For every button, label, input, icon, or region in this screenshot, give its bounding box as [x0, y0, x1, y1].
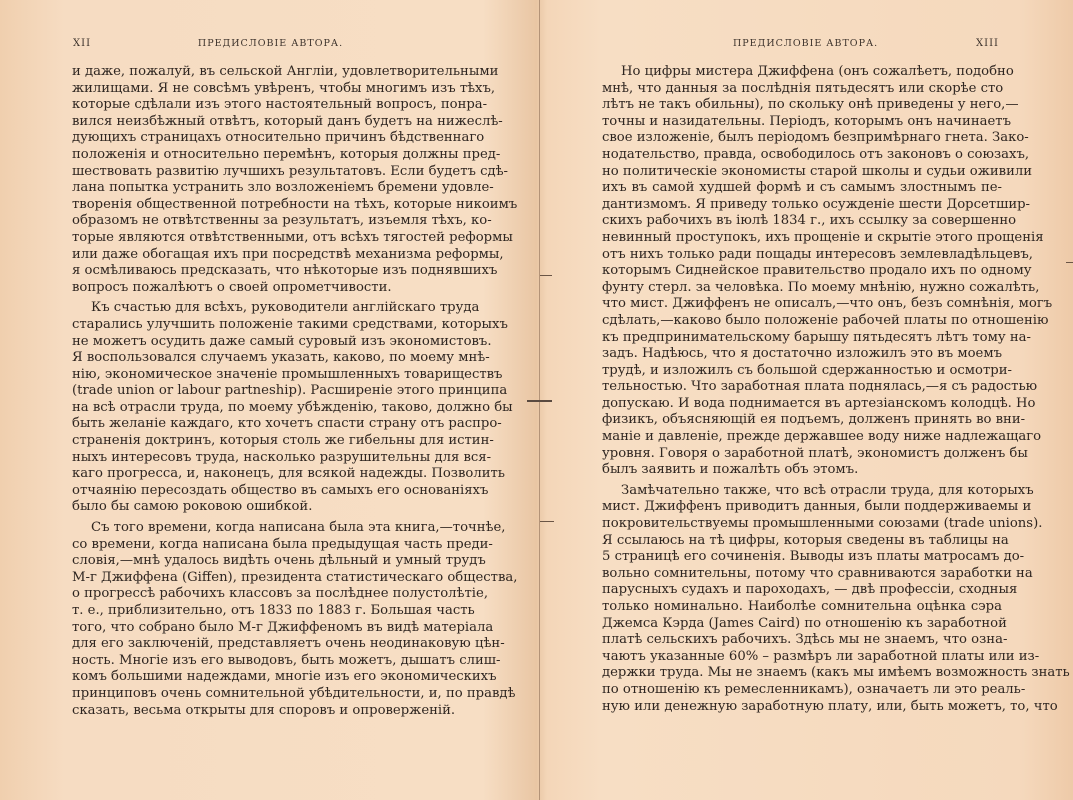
text-line: вился неизбѣжный отвѣтъ, который данъ бу…	[72, 114, 468, 131]
text-line: каго прогресса, и, наконецъ, для всякой …	[72, 466, 468, 483]
left-running-title: ПРЕДИСЛОВІЕ АВТОРА.	[198, 38, 343, 49]
text-line: маніе и давленіе, прежде державшее воду …	[602, 429, 1002, 446]
text-line: отчаянію пересоздать общество въ самыхъ …	[72, 483, 468, 500]
text-line: дантизмомъ. Я приведу только осужденіе ш…	[602, 197, 1002, 214]
left-page-number: XII	[73, 38, 91, 49]
right-page-number: XIII	[976, 38, 999, 49]
text-line: лѣтъ не такъ обильны), по скольку онѣ пр…	[602, 97, 1002, 114]
margin-tick-mark	[540, 521, 554, 522]
text-line: быть желаніе каждаго, кто хочетъ спасти …	[72, 416, 468, 433]
text-line: задъ. Надѣюсь, что я достаточно изложилъ…	[602, 346, 1002, 363]
text-line: я осмѣливаюсь предсказать, что нѣкоторые…	[72, 263, 468, 280]
text-line: но политическіе экономисты старой школы …	[602, 164, 1002, 181]
text-line: жилищами. Я не совсѣмъ увѣренъ, чтобы мн…	[72, 81, 468, 98]
text-line: чаютъ указанные 60% – размѣръ ли заработ…	[602, 649, 1002, 666]
text-line: трудѣ, и изложилъ съ большой сдержанност…	[602, 363, 1002, 380]
paragraph: Съ того времени, когда написана была эта…	[72, 520, 468, 719]
text-line: М-г Джиффена (Giffen), президента статис…	[72, 570, 468, 587]
text-line: былъ заявить и пожалѣть объ этомъ.	[602, 462, 1002, 479]
right-page-body: Но цифры мистера Джиффена (онъ сожалѣетъ…	[602, 64, 1002, 715]
text-line: Джемса Кэрда (James Caird) по отношенію …	[602, 616, 1002, 633]
text-line: положенія и относительно перемѣнъ, котор…	[72, 147, 468, 164]
text-line: образомъ не отвѣтственны за результатъ, …	[72, 213, 468, 230]
text-line: покровительствуемы промышленными союзами…	[602, 516, 1002, 533]
paragraph: и даже, пожалуй, въ сельской Англіи, удо…	[72, 64, 468, 296]
text-line: комъ большими надеждами, многіе изъ его …	[72, 669, 468, 686]
text-line: принциповъ очень сомнительной убѣдительн…	[72, 686, 468, 703]
text-line: не можетъ осудить даже самый суровый изъ…	[72, 334, 468, 351]
margin-tick-mark	[1066, 262, 1073, 263]
right-running-head: ПРЕДИСЛОВІЕ АВТОРА. XIII	[733, 38, 999, 49]
text-line: (trade union or labour partneship). Расш…	[72, 383, 468, 400]
text-line: о прогрессѣ рабочихъ классовъ за послѣдн…	[72, 586, 468, 603]
text-line: тельностью. Что заработная плата подняла…	[602, 379, 1002, 396]
text-line: допускаю. И вода поднимается въ артезіан…	[602, 396, 1002, 413]
text-line: торые являются отвѣтственными, отъ всѣхъ…	[72, 230, 468, 247]
text-line: творенія общественной потребности на тѣх…	[72, 197, 468, 214]
text-line: или даже обогащая ихъ при посредствѣ мех…	[72, 247, 468, 264]
text-line: старались улучшить положеніе такими сред…	[72, 317, 468, 334]
text-line: нію, экономическое значеніе промышленных…	[72, 367, 468, 384]
text-line: Съ того времени, когда написана была эта…	[72, 520, 468, 537]
text-line: мнѣ, что данныя за послѣднія пятьдесятъ …	[602, 81, 1002, 98]
text-line: которымъ Сиднейское правительство продал…	[602, 263, 1002, 280]
text-line: фунту стерл. за человѣка. По моему мнѣні…	[602, 280, 1002, 297]
margin-tick-mark	[540, 275, 552, 276]
text-line: для его заключеній, представляетъ очень …	[72, 636, 468, 653]
text-line: Замѣчательно также, что всѣ отрасли труд…	[602, 483, 1002, 500]
text-line: со времени, когда написана была предыдущ…	[72, 537, 468, 554]
text-line: что мист. Джиффенъ не описалъ,—что онъ, …	[602, 296, 1002, 313]
text-line: физикъ, объясняющій ея подъемъ, долженъ …	[602, 412, 1002, 429]
paragraph: Къ счастью для всѣхъ, руководители англі…	[72, 300, 468, 516]
text-line: Я ссылаюсь на тѣ цифры, которыя сведены …	[602, 533, 1002, 550]
paragraph: Но цифры мистера Джиффена (онъ сожалѣетъ…	[602, 64, 1002, 479]
text-line: того, что собрано было М-г Джиффеномъ въ…	[72, 620, 468, 637]
text-line: страненія доктринъ, которыя столь же гиб…	[72, 433, 468, 450]
text-line: словія,—мнѣ удалось видѣть очень дѣльный…	[72, 553, 468, 570]
text-line: вопросъ пожалѣютъ о своей опрометчивости…	[72, 280, 468, 297]
text-line: скихъ рабочихъ въ іюлѣ 1834 г., ихъ ссыл…	[602, 213, 1002, 230]
text-line: т. е., приблизительно, отъ 1833 по 1883 …	[72, 603, 468, 620]
text-line: парусныхъ судахъ и пароходахъ, — двѣ про…	[602, 582, 1002, 599]
text-line: Но цифры мистера Джиффена (онъ сожалѣетъ…	[602, 64, 1002, 81]
text-line: вольно сомнительны, потому что сравниваю…	[602, 566, 1002, 583]
gutter-stitch-mark	[527, 400, 552, 402]
text-line: ность. Многіе изъ его выводовъ, быть мож…	[72, 653, 468, 670]
right-page: ПРЕДИСЛОВІЕ АВТОРА. XIII Но цифры мистер…	[540, 0, 1073, 800]
left-page-body: и даже, пожалуй, въ сельской Англіи, удо…	[72, 64, 468, 719]
paragraph: Замѣчательно также, что всѣ отрасли труд…	[602, 483, 1002, 715]
book-spread: XII ПРЕДИСЛОВІЕ АВТОРА. и даже, пожалуй,…	[0, 0, 1073, 800]
text-line: по отношенію къ ремесленникамъ), означае…	[602, 682, 1002, 699]
text-line: Къ счастью для всѣхъ, руководители англі…	[72, 300, 468, 317]
text-line: на всѣ отрасли труда, по моему убѣжденію…	[72, 400, 468, 417]
text-line: платѣ сельскихъ рабочихъ. Здѣсь мы не зн…	[602, 632, 1002, 649]
text-line: Я воспользовался случаемъ указать, каков…	[72, 350, 468, 367]
text-line: ную или денежную заработную плату, или, …	[602, 699, 1002, 716]
text-line: отъ нихъ только ради пощады интересовъ з…	[602, 247, 1002, 264]
text-line: сдѣлать,—каково было положеніе рабочей п…	[602, 313, 1002, 330]
text-line: свое изложеніе, былъ періодомъ безпримѣр…	[602, 130, 1002, 147]
text-line: сказать, весьма открыты для споровъ и оп…	[72, 703, 468, 720]
text-line: уровня. Говоря о заработной платѣ, эконо…	[602, 446, 1002, 463]
text-line: ихъ въ самой худшей формѣ и съ самымъ зл…	[602, 180, 1002, 197]
text-line: точны и назидательны. Періодъ, которымъ …	[602, 114, 1002, 131]
text-line: 5 страницѣ его сочиненія. Выводы изъ пла…	[602, 549, 1002, 566]
text-line: мист. Джиффенъ приводитъ данныя, были по…	[602, 499, 1002, 516]
text-line: невинный проступокъ, ихъ прощеніе и скры…	[602, 230, 1002, 247]
right-running-title: ПРЕДИСЛОВІЕ АВТОРА.	[733, 38, 878, 49]
text-line: дующихъ страницахъ относительно причинъ …	[72, 130, 468, 147]
left-running-head: XII ПРЕДИСЛОВІЕ АВТОРА.	[73, 38, 468, 49]
left-page: XII ПРЕДИСЛОВІЕ АВТОРА. и даже, пожалуй,…	[0, 0, 540, 800]
text-line: нодательство, правда, освободилось отъ з…	[602, 147, 1002, 164]
text-line: шествовать развитію лучшихъ результатовъ…	[72, 164, 468, 181]
text-line: которые сдѣлали изъ этого настоятельный …	[72, 97, 468, 114]
text-line: лана попытка устранить зло возложеніемъ …	[72, 180, 468, 197]
text-line: къ предпринимательскому барышу пятьдесят…	[602, 330, 1002, 347]
text-line: было бы самою роковою ошибкой.	[72, 499, 468, 516]
text-line: только номинально. Наиболѣе сомнительна …	[602, 599, 1002, 616]
text-line: и даже, пожалуй, въ сельской Англіи, удо…	[72, 64, 468, 81]
text-line: держки труда. Мы не знаемъ (какъ мы имѣе…	[602, 665, 1002, 682]
text-line: ныхъ интересовъ труда, насколько разруши…	[72, 450, 468, 467]
